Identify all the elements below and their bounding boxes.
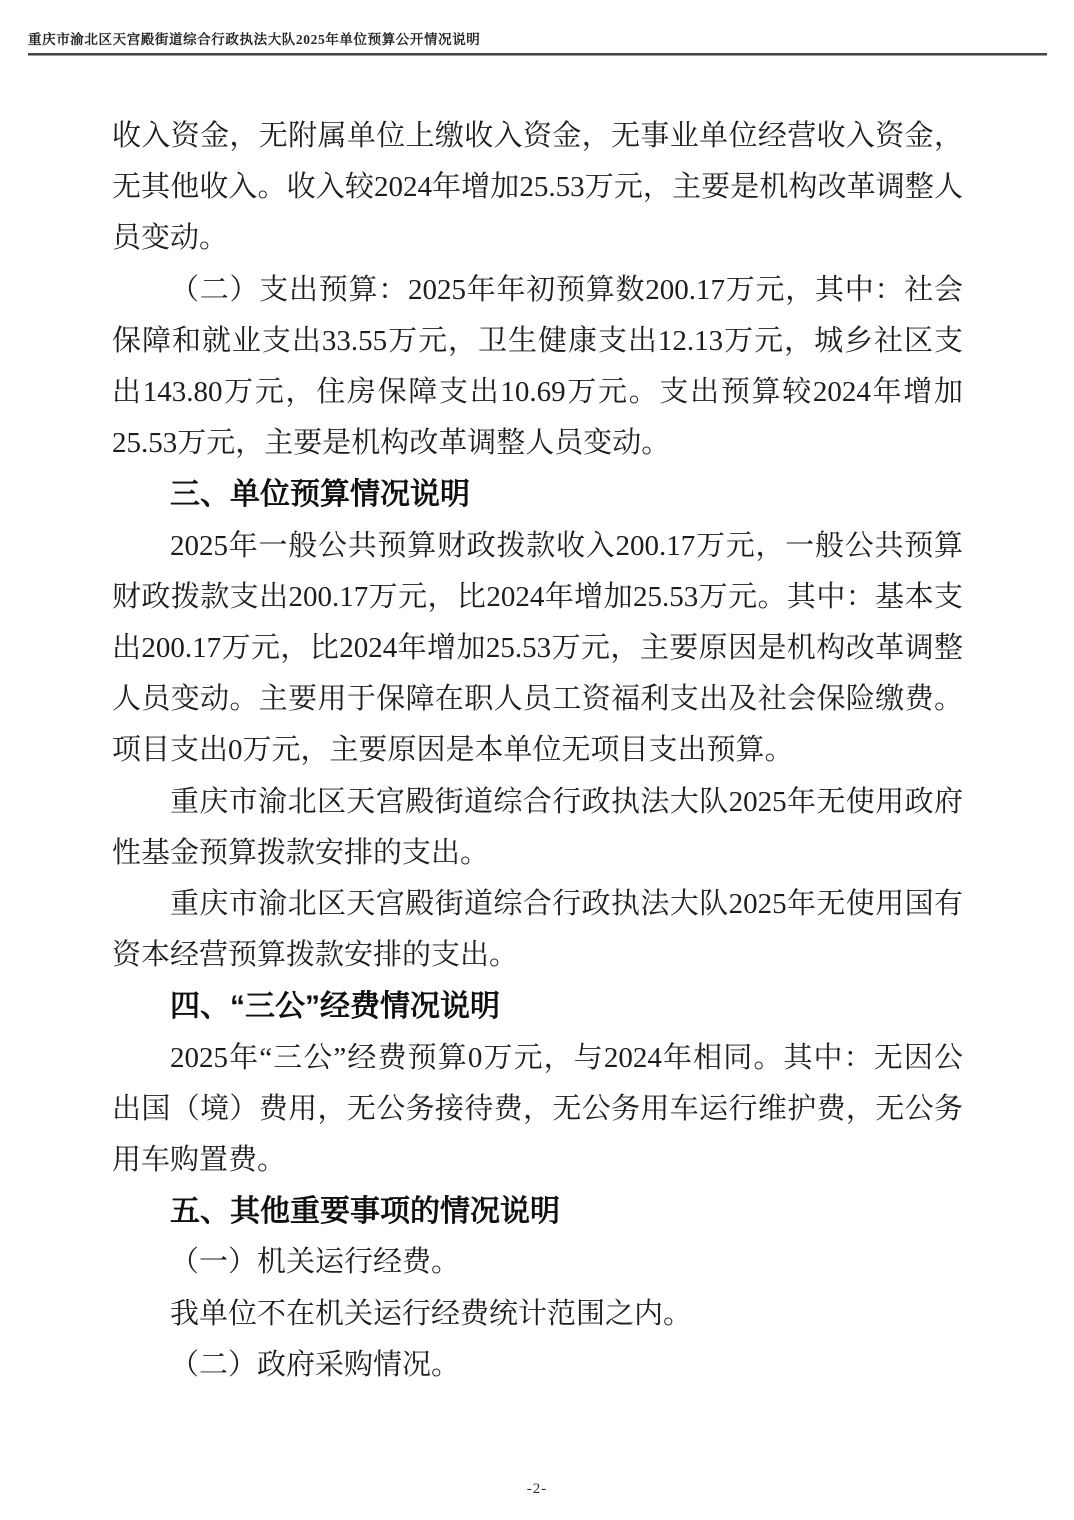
paragraph-income-continuation: 收入资金，无附属单位上缴收入资金，无事业单位经营收入资金，无其他收入。收入较20… <box>112 111 963 265</box>
document-header: 重庆市渝北区天宫殿街道综合行政执法大队2025年单位预算公开情况说明 <box>28 28 1047 56</box>
header-rule <box>28 53 1047 56</box>
page-footer: -2- <box>0 1480 1074 1498</box>
paragraph-government-fund: 重庆市渝北区天宫殿街道综合行政执法大队2025年无使用政府性基金预算拨款安排的支… <box>112 777 963 879</box>
document-body: 收入资金，无附属单位上缴收入资金，无事业单位经营收入资金，无其他收入。收入较20… <box>112 111 963 1391</box>
paragraph-expenditure-budget: （二）支出预算：2025年年初预算数200.17万元，其中：社会保障和就业支出3… <box>112 265 963 470</box>
document-page: 重庆市渝北区天宫殿街道综合行政执法大队2025年单位预算公开情况说明 收入资金，… <box>0 0 1074 1520</box>
sub-item-heading-operating-expenses: （一）机关运行经费。 <box>112 1237 963 1288</box>
section-heading-three-public-expenses: 四、“三公”经费情况说明 <box>112 981 963 1032</box>
sub-item-heading-government-procurement: （二）政府采购情况。 <box>112 1340 963 1391</box>
paragraph-state-capital: 重庆市渝北区天宫殿街道综合行政执法大队2025年无使用国有资本经营预算拨款安排的… <box>112 879 963 981</box>
paragraph-general-budget-detail: 2025年一般公共预算财政拨款收入200.17万元，一般公共预算财政拨款支出20… <box>112 521 963 777</box>
section-heading-other-important-matters: 五、其他重要事项的情况说明 <box>112 1186 963 1237</box>
paragraph-operating-expenses-note: 我单位不在机关运行经费统计范围之内。 <box>112 1289 963 1340</box>
header-title: 重庆市渝北区天宫殿街道综合行政执法大队2025年单位预算公开情况说明 <box>28 28 1047 48</box>
section-heading-unit-budget: 三、单位预算情况说明 <box>112 469 963 520</box>
paragraph-lead-label: （二）支出预算： <box>170 274 408 306</box>
page-number: -2- <box>527 1481 548 1497</box>
paragraph-three-public-detail: 2025年“三公”经费预算0万元，与2024年相同。其中：无因公出国（境）费用，… <box>112 1033 963 1187</box>
